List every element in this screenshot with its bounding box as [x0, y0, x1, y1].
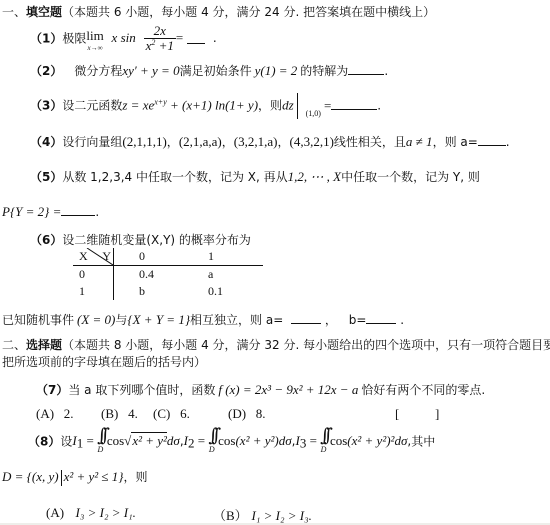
q3-text-a: 设二元函数 — [62, 99, 122, 113]
answer-bracket-open[interactable]: [ — [395, 406, 399, 422]
event-1: (X = 0) — [77, 312, 115, 327]
double-integral-3: ∫∫D — [320, 427, 327, 455]
q6-cond-b: 与 — [115, 313, 127, 327]
question-5: （5）从数 1,2,3,4 中任取一个数，记为 X, 再从1,2, ⋯ , X中… — [30, 168, 480, 185]
q3-label: （3） — [30, 99, 62, 113]
question-4: （4）设行向量组(2,1,1,1)，(2,1,a,a)，(3,2,1,a)，(4… — [30, 133, 510, 150]
q6-comma: ， — [325, 313, 337, 327]
q7-text-b: 恰好有两个不同的零点. — [361, 383, 485, 397]
table-cell: 0.4 — [114, 266, 195, 284]
option-key: （B） — [213, 508, 248, 523]
fraction-denominator: x2 +1 — [144, 39, 176, 53]
section2-header: 二、选择题（本题共 8 小题，每小题 4 分，满分 32 分. 每小题给出的四个… — [2, 336, 550, 353]
integral-symbol: ∫∫ — [320, 427, 327, 445]
q3-exponent: x+y — [154, 98, 167, 107]
separator: ， — [167, 135, 179, 149]
option-key: (D) — [228, 406, 246, 421]
integral-symbol: ∫∫ — [208, 427, 215, 445]
q1-expr: x sin — [112, 30, 136, 45]
section1-number: 一、 — [2, 5, 26, 19]
q6-label: （6） — [30, 233, 62, 247]
q7-option-c[interactable]: (C) 6. — [153, 406, 190, 422]
vector-1: (2,1,1,1) — [122, 134, 166, 149]
q1-period: . — [213, 31, 217, 45]
q3-period: . — [377, 99, 381, 113]
q3-expr-a: z = xe — [122, 98, 154, 113]
answer-bracket-close[interactable]: ] — [435, 406, 439, 422]
diagonal-line — [73, 248, 113, 265]
q5-period: . — [95, 205, 99, 219]
q5-probability: P{Y = 2} = — [2, 204, 61, 219]
q4-text-a: 设行向量组 — [62, 135, 122, 149]
q4-text-b: 线性相关，且 — [334, 135, 406, 149]
q6-cond-c: 相互独立，则 a= — [190, 313, 283, 327]
probability-table: X Y 0 1 0 0.4 a 1 b 0.1 — [73, 248, 263, 300]
option-value: 2. — [64, 406, 74, 421]
q5-text-a: 从数 1,2,3,4 中任取一个数，记为 X, 再从 — [62, 170, 287, 184]
q3-point: (1,0) — [306, 109, 321, 118]
domain-condition: x² + y² ≤ 1} — [64, 469, 124, 484]
option-key: (B) — [101, 406, 118, 421]
arg-3: (x² + y²)² — [347, 433, 394, 448]
q4-condition: a ≠ 1 — [406, 134, 433, 149]
double-integral-2: ∫∫D — [208, 427, 215, 455]
lim-label: lim — [86, 28, 103, 43]
fraction-numerator: 2x — [144, 24, 176, 39]
evaluation-bar — [297, 93, 298, 119]
col-header: 1 — [194, 248, 263, 266]
q7-option-b[interactable]: (B) 4. — [101, 406, 138, 422]
question-6-condition: 已知随机事件(X = 0)与{X + Y = 1}相互独立，则 a= ， b= … — [2, 311, 404, 328]
row-header: 1 — [73, 283, 114, 300]
q4-period: . — [506, 135, 510, 149]
dsigma: dσ — [279, 433, 292, 448]
equals: = — [195, 433, 209, 448]
q7-label: （7） — [36, 383, 68, 397]
fraction: 2xx2 +1 — [144, 24, 176, 53]
option-value: 6. — [180, 406, 190, 421]
q2-period: . — [384, 64, 388, 78]
event-2: {X + Y = 1} — [127, 312, 190, 327]
set-bar — [61, 470, 62, 486]
option-value: I₁ > I₂ > I₃. — [252, 508, 312, 523]
dsigma: dσ — [167, 433, 180, 448]
question-1: （1）极限limx→∞ x sin 2xx2 +1= . — [30, 22, 217, 54]
q6-b-label: b= — [349, 313, 367, 327]
equals: = — [306, 433, 320, 448]
question-6: （6）设二维随机变量(X,Y) 的概率分布为 — [30, 231, 251, 248]
vector-2: (2,1,a,a) — [179, 134, 222, 149]
q6-period: . — [400, 313, 404, 327]
table-cell: b — [114, 283, 195, 300]
q2-answer-blank[interactable] — [348, 63, 384, 75]
option-value: 4. — [128, 406, 138, 421]
option-value: I₃ > I₂ > I₁. — [76, 505, 136, 520]
section1-note: （本题共 6 小题，每小题 4 分，满分 24 分. 把答案填在题中横线上） — [62, 5, 435, 19]
lim-subscript: x→∞ — [86, 42, 103, 54]
q3-equals: = — [324, 98, 331, 113]
q7-options: (A) 2. (B) 4. (C) 6. (D) 8. [ ] — [36, 406, 546, 422]
section2-note-line2: 把所选项前的字母填在题后的括号内） — [2, 355, 206, 369]
q4-text-c: ，则 a= — [433, 135, 478, 149]
q8-then: ，则 — [124, 470, 148, 484]
option-key: (C) — [153, 406, 170, 421]
domain-set: D = {(x, y) — [2, 469, 59, 484]
q3-answer-blank[interactable] — [331, 98, 377, 110]
q6-text: 设二维随机变量(X,Y) 的概率分布为 — [62, 233, 251, 247]
q5-text-b: 中任取一个数，记为 Y, 则 — [341, 170, 480, 184]
arg-2: (x² + y²) — [235, 433, 278, 448]
section2-title: 选择题 — [26, 338, 62, 352]
integral-domain: D — [97, 445, 104, 455]
table-cell: 0.1 — [194, 283, 263, 300]
q6-a-blank[interactable] — [291, 312, 321, 324]
question-8: （8）设I1 = ∫∫Dcos√x² + y²dσ,I2 = ∫∫Dcos(x²… — [28, 427, 435, 455]
dsigma: dσ — [394, 433, 407, 448]
section2-note-line1: （本题共 8 小题，每小题 4 分，满分 32 分. 每小题给出的四个选项中，只… — [62, 338, 550, 352]
question-5-cont: P{Y = 2} =. — [2, 204, 99, 220]
q8-option-a[interactable]: (A) I₃ > I₂ > I₁. — [46, 505, 136, 521]
corner-cell: X Y — [73, 248, 114, 266]
q6-b-blank[interactable] — [366, 312, 396, 324]
q7-option-a[interactable]: (A) 2. — [36, 406, 74, 422]
q1-label: （1） — [30, 32, 62, 46]
table-cell: a — [194, 266, 263, 284]
section1-header: 一、填空题（本题共 6 小题，每小题 4 分，满分 24 分. 把答案填在题中横… — [2, 3, 435, 20]
sqrt-radicand: x² + y² — [131, 432, 167, 448]
option-value: 8. — [256, 406, 266, 421]
q3-expr-b: + (x+1) ln(1+ y) — [167, 98, 258, 113]
q5-label: （5） — [30, 170, 62, 184]
separator: ， — [277, 135, 289, 149]
q8-label: （8） — [28, 435, 60, 449]
vector-3: (3,2,1,a) — [234, 134, 278, 149]
option-key: (A) — [36, 406, 54, 421]
option-key: (A) — [46, 505, 64, 520]
q8-text-b: 其中 — [411, 435, 435, 449]
q2-text-a: 微分方程 — [74, 64, 122, 78]
q7-text-a: 当 a 取下列哪个值时，函数 — [68, 383, 215, 397]
cos: cos — [218, 433, 235, 448]
limit-expression: limx→∞ — [86, 30, 103, 54]
q3-dz: dz — [282, 98, 294, 113]
question-7: （7）当 a 取下列哪个值时，函数f (x) = 2x³ − 9x² + 12x… — [36, 381, 485, 398]
equals: = — [83, 433, 97, 448]
q8-text-a: 设 — [60, 435, 72, 449]
double-integral-1: ∫∫D — [97, 427, 104, 455]
q4-answer-blank[interactable] — [478, 134, 506, 146]
section1-title: 填空题 — [26, 5, 62, 19]
q8-domain-line: D = {(x, y)x² + y² ≤ 1}，则 — [2, 468, 148, 486]
integral-domain: D — [208, 445, 215, 455]
cos: cos — [330, 433, 347, 448]
question-3: （3）设二元函数z = xex+y + (x+1) ln(1+ y)，则dz(1… — [30, 93, 381, 119]
row-header: 0 — [73, 266, 114, 284]
section2-number: 二、 — [2, 338, 26, 352]
q2-label: （2） — [30, 64, 62, 78]
q2-text-c: 的特解为 — [300, 64, 348, 78]
q4-label: （4） — [30, 135, 62, 149]
integral-domain: D — [320, 445, 327, 455]
den-rest: +1 — [155, 38, 174, 53]
section2-header-line2: 把所选项前的字母填在题后的括号内） — [2, 353, 206, 370]
question-2: （2）微分方程xy′ + y = 0满足初始条件y(1) = 2的特解为. — [30, 62, 388, 79]
q7-option-d[interactable]: (D) 8. — [228, 406, 266, 422]
vector-4: (4,3,2,1) — [289, 134, 333, 149]
q2-equation: xy′ + y = 0 — [122, 63, 179, 78]
q1-answer-blank[interactable] — [187, 32, 205, 44]
q6-cond-a: 已知随机事件 — [2, 313, 74, 327]
q2-condition: y(1) = 2 — [255, 63, 298, 78]
q7-function: f (x) = 2x³ − 9x² + 12x − a — [218, 382, 358, 397]
q5-sequence: 1,2, ⋯ , X — [288, 169, 341, 184]
q3-text-b: ，则 — [258, 99, 282, 113]
q2-text-b: 满足初始条件 — [180, 64, 252, 78]
separator: ， — [222, 135, 234, 149]
cos: cos — [107, 433, 124, 448]
q1-equals: = — [176, 30, 183, 45]
q8-option-b[interactable]: （B） I₁ > I₂ > I₃. — [213, 505, 312, 524]
integral-symbol: ∫∫ — [97, 427, 104, 445]
q1-text: 极限 — [62, 32, 86, 46]
col-header: 0 — [114, 248, 195, 266]
q5-answer-blank[interactable] — [61, 204, 95, 216]
